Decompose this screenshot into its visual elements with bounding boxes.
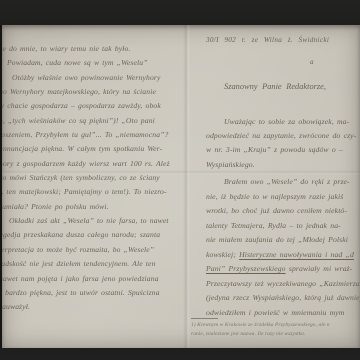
handwritten-line: zauważył.	[2, 300, 185, 314]
handwritten-line: i, ten matejkowski; Pamiętajmy o tem!). …	[2, 185, 185, 199]
salutation: Szanowny Panie Redaktorze,	[224, 82, 326, 91]
dateline: 30/I 902 r. ze Wilna ż. Świdnicki	[206, 36, 329, 44]
handwritten-line: odwiedziłem i powieść w mniemaniu mym	[206, 306, 360, 321]
handwritten-line: Otóżby właśnie owo powinowanie Wernyhory	[2, 71, 185, 85]
footnote: 1) Krewnym w Krakowie ze źródełka Przyby…	[191, 321, 360, 339]
handwritten-line: (jedyna rzecz Wyspiańskiego, którą już d…	[206, 291, 360, 306]
handwritten-line: a, „tych wieśniaków co są piękni”)! „Oto…	[2, 114, 185, 128]
small-ink-mark: a	[310, 58, 314, 66]
page-right: 30/I 902 r. ze Wilna ż. Świdnicki a Szan…	[206, 25, 360, 348]
handwritten-line: co mówi Stańczyk (ten symboliczny, co ze…	[2, 171, 185, 185]
handwritten-line: agedja przeskakana dusza całego narodu; …	[2, 228, 185, 242]
handwritten-line: nie, iż będzie to w najlepszym razie jak…	[206, 190, 360, 205]
handwritten-line: annuncjacja piękna. W całym tym spotkani…	[2, 142, 185, 156]
handwritten-line: Wyspiańskiego.	[206, 158, 356, 172]
letter-scan: ce do mnie, to wiary temu nie tak było. …	[2, 25, 360, 348]
footnote-line: ranie, znalezione jest nazwa. Ile razy n…	[191, 330, 360, 339]
footnote-line: 1) Krewnym w Krakowie ze źródełka Przyby…	[191, 321, 360, 330]
handwritten-line: go Wernyhory matejkowskiego, który na śc…	[2, 85, 185, 99]
handwritten-line: nawet nam pojęta i jako farsa jeno powie…	[2, 272, 185, 286]
handwritten-line: Powiadam, cuda nowe są w tym „Weselu”	[2, 56, 185, 70]
handwritten-line: toszeniem, Przybyłem tu gul”... To „niem…	[2, 128, 185, 142]
handwritten-line: ce do mnie, to wiary temu nie tak było.	[2, 42, 185, 56]
footnote-rule	[191, 318, 218, 319]
handwritten-line: wrotki, bo choć już dawno ceniłem niektó…	[206, 204, 360, 219]
handwritten-line: w chacie gospodarza – gospodarza zawżdy,…	[2, 99, 185, 113]
handwritten-line: w nr. 3-im „Kraju” z powodu sądów o –	[206, 143, 356, 157]
handwritten-line: odpowiedzieć na zapytanie, zwrócone do c…	[206, 129, 356, 143]
handwritten-line-underlined: kowskiej; Histeryczne nawoływania i nad …	[206, 248, 360, 263]
handwritten-line: ś bardzo piękna, jest to utwór ostatni. …	[2, 286, 185, 300]
handwritten-line: zumiała? Ptonie po polsku mówi.	[2, 200, 185, 214]
handwritten-line: talenty Tetmajera, Rydla – to jednak na-	[206, 219, 360, 234]
line-suffix: sprawiały mi wraż-	[286, 264, 353, 273]
handwritten-line: nie miałem zaufania do tej „Młodej Polsk…	[206, 233, 360, 248]
scan-background: ce do mnie, to wiary temu nie tak było. …	[0, 0, 360, 360]
handwritten-line: hory z gospodarzem każdy wiersz wart 100…	[2, 157, 185, 171]
page-left: ce do mnie, to wiary temu nie tak było. …	[2, 42, 185, 348]
paragraph-1: Uważając to sobie za obowiązek, ma- odpo…	[206, 115, 356, 172]
handwritten-line: ładskość nie jest dziełem tendencyjnem. …	[2, 257, 185, 271]
handwritten-line: terpretacja to może być rozmaita, bo „We…	[2, 243, 185, 257]
handwritten-line-underlined: Pani” Przybyszewskiego sprawiały mi wraż…	[206, 262, 360, 277]
scan-edge-shadow	[0, 25, 2, 348]
underlined-phrase: Pani” Przybyszewskiego	[206, 264, 286, 273]
handwritten-line: Przeczytawszy też wyczekiwanego „Kazimie…	[206, 277, 360, 292]
paragraph-2: Brałem owo „Wesele” do ręki z prze- nie,…	[206, 175, 360, 320]
handwritten-line: Brałem owo „Wesele” do ręki z prze-	[206, 175, 360, 190]
handwritten-line: Uważając to sobie za obowiązek, ma-	[206, 115, 356, 129]
underlined-phrase: Histeryczne nawoływania i nad „d	[239, 250, 354, 259]
line-prefix: kowskiej;	[206, 250, 239, 259]
handwritten-line: Okładki zaś akt „Wesela” to nie farsa, t…	[2, 214, 185, 228]
